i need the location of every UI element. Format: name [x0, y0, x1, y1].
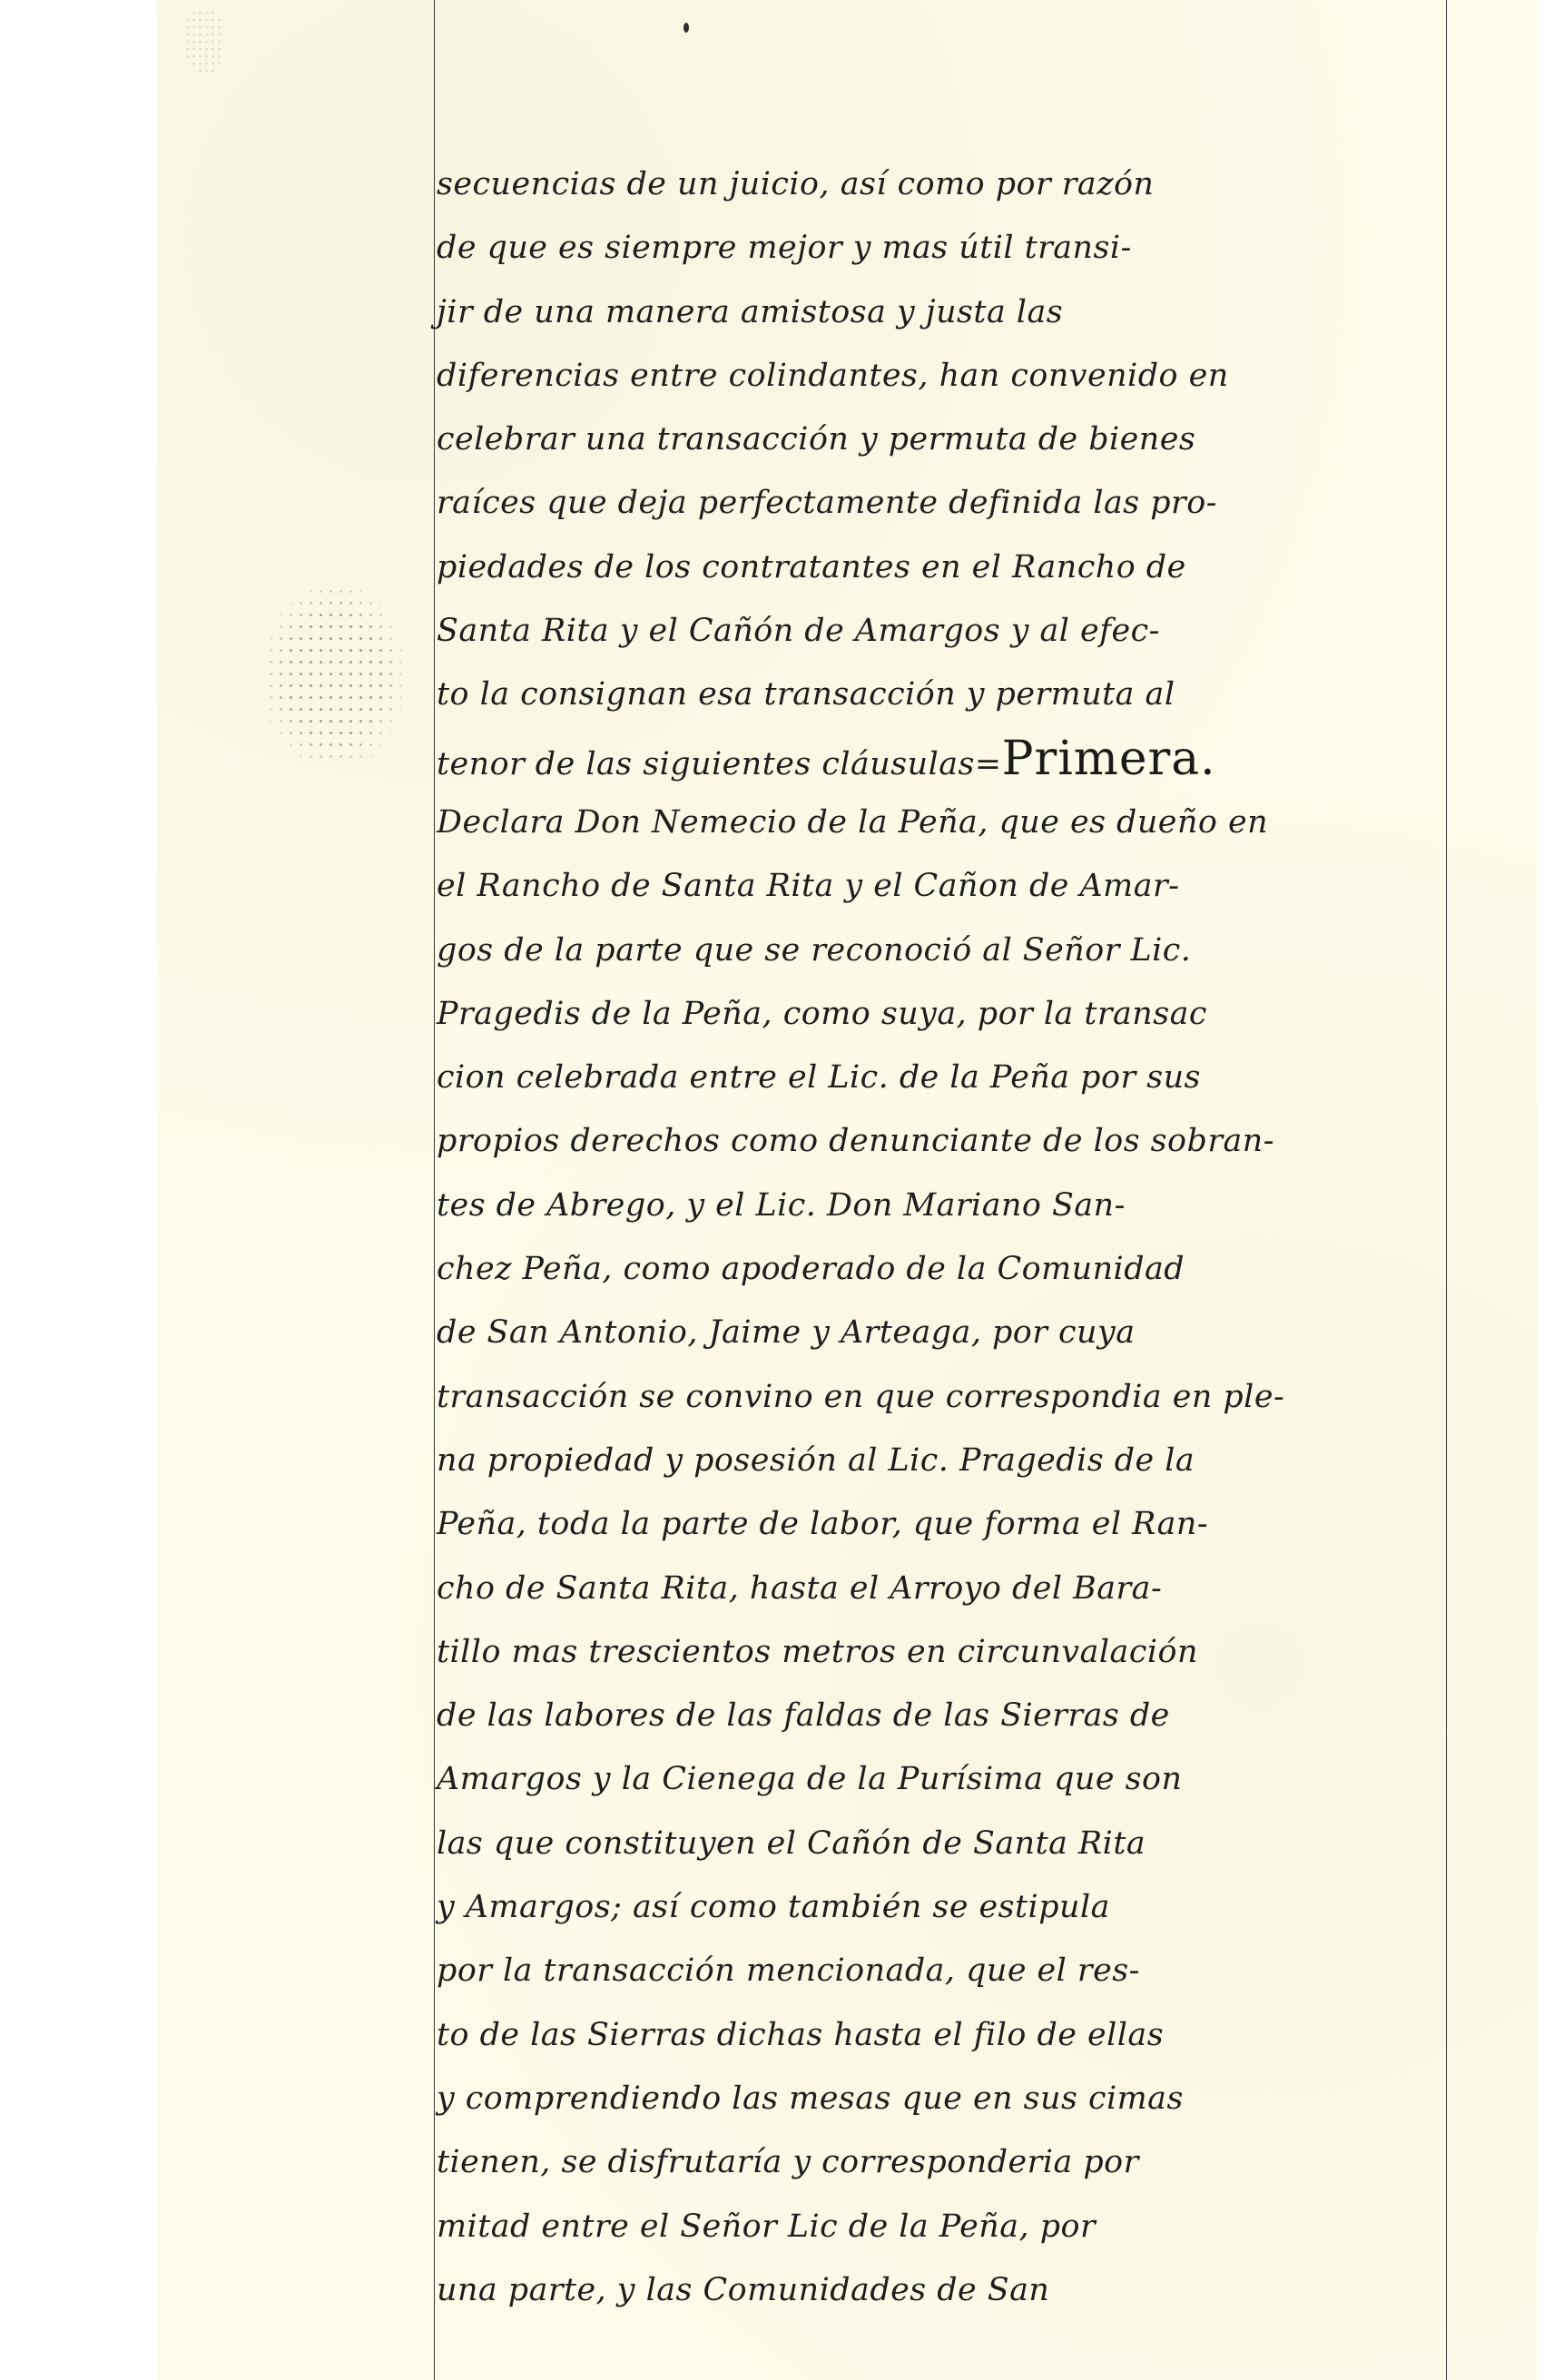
text-line: mitad entre el Señor Lic de la Peña, por — [437, 2195, 1445, 2258]
text-line: na propiedad y posesión al Lic. Pragedis… — [437, 1429, 1445, 1492]
text-line: las que constituyen el Cañón de Santa Ri… — [437, 1812, 1445, 1875]
text-line: raíces que deja perfectamente definida l… — [437, 471, 1445, 535]
text-line: de San Antonio, Jaime y Arteaga, por cuy… — [437, 1301, 1445, 1364]
text-line: tienen, se disfrutaría y corresponderia … — [437, 2130, 1445, 2194]
text-line: de que es siempre mejor y mas útil trans… — [437, 216, 1445, 280]
text-line: propios derechos como denunciante de los… — [437, 1109, 1445, 1173]
left-margin-rule — [434, 0, 435, 2380]
text-line: Peña, toda la parte de labor, que forma … — [437, 1492, 1445, 1556]
text-line: transacción se convino en que correspond… — [437, 1365, 1445, 1429]
text-line: Amargos y la Cienega de la Purísima que … — [437, 1747, 1445, 1811]
text-line: una parte, y las Comunidades de San — [437, 2258, 1445, 2322]
text-line: diferencias entre colindantes, han conve… — [437, 344, 1445, 408]
text-line: celebrar una transacción y permuta de bi… — [437, 408, 1445, 471]
text-line-with-heading: tenor de las siguientes cláusulas=Primer… — [437, 727, 1445, 791]
text-line: y comprendiendo las mesas que en sus cim… — [437, 2067, 1445, 2130]
text-line: to de las Sierras dichas hasta el filo d… — [437, 2003, 1445, 2067]
text-line: el Rancho de Santa Rita y el Cañon de Am… — [437, 854, 1445, 918]
text-line: cho de Santa Rita, hasta el Arroyo del B… — [437, 1557, 1445, 1620]
text-line: y Amargos; así como también se estipula — [437, 1875, 1445, 1939]
faded-seal-stamp — [266, 585, 402, 767]
faded-ink-mark — [184, 9, 225, 73]
text-line: gos de la parte que se reconoció al Seño… — [437, 919, 1445, 982]
text-line: chez Peña, como apoderado de la Comunida… — [437, 1237, 1445, 1301]
text-line: to la consignan esa transacción y permut… — [437, 663, 1445, 726]
text-line: tillo mas trescientos metros en circunva… — [437, 1620, 1445, 1684]
text-line: jir de una manera amistosa y justa las — [437, 280, 1445, 344]
text-line-segment: tenor de las siguientes cláusulas= — [437, 746, 1002, 782]
text-line: Pragedis de la Peña, como suya, por la t… — [437, 982, 1445, 1046]
ink-dot — [683, 23, 689, 33]
text-line: Declara Don Nemecio de la Peña, que es d… — [437, 791, 1445, 854]
text-line: tes de Abrego, y el Lic. Don Mariano San… — [437, 1174, 1445, 1237]
clause-heading-primera: Primera. — [1002, 732, 1216, 786]
text-line: de las labores de las faldas de las Sier… — [437, 1684, 1445, 1747]
text-line: secuencias de un juicio, así como por ra… — [437, 152, 1445, 216]
document-page: secuencias de un juicio, así como por ra… — [157, 0, 1537, 2380]
text-line: piedades de los contratantes en el Ranch… — [437, 536, 1445, 599]
text-line: cion celebrada entre el Lic. de la Peña … — [437, 1046, 1445, 1109]
handwritten-text-body: secuencias de un juicio, así como por ra… — [437, 152, 1449, 2322]
text-line: Santa Rita y el Cañón de Amargos y al ef… — [437, 599, 1445, 663]
text-line: por la transacción mencionada, que el re… — [437, 1939, 1445, 2002]
